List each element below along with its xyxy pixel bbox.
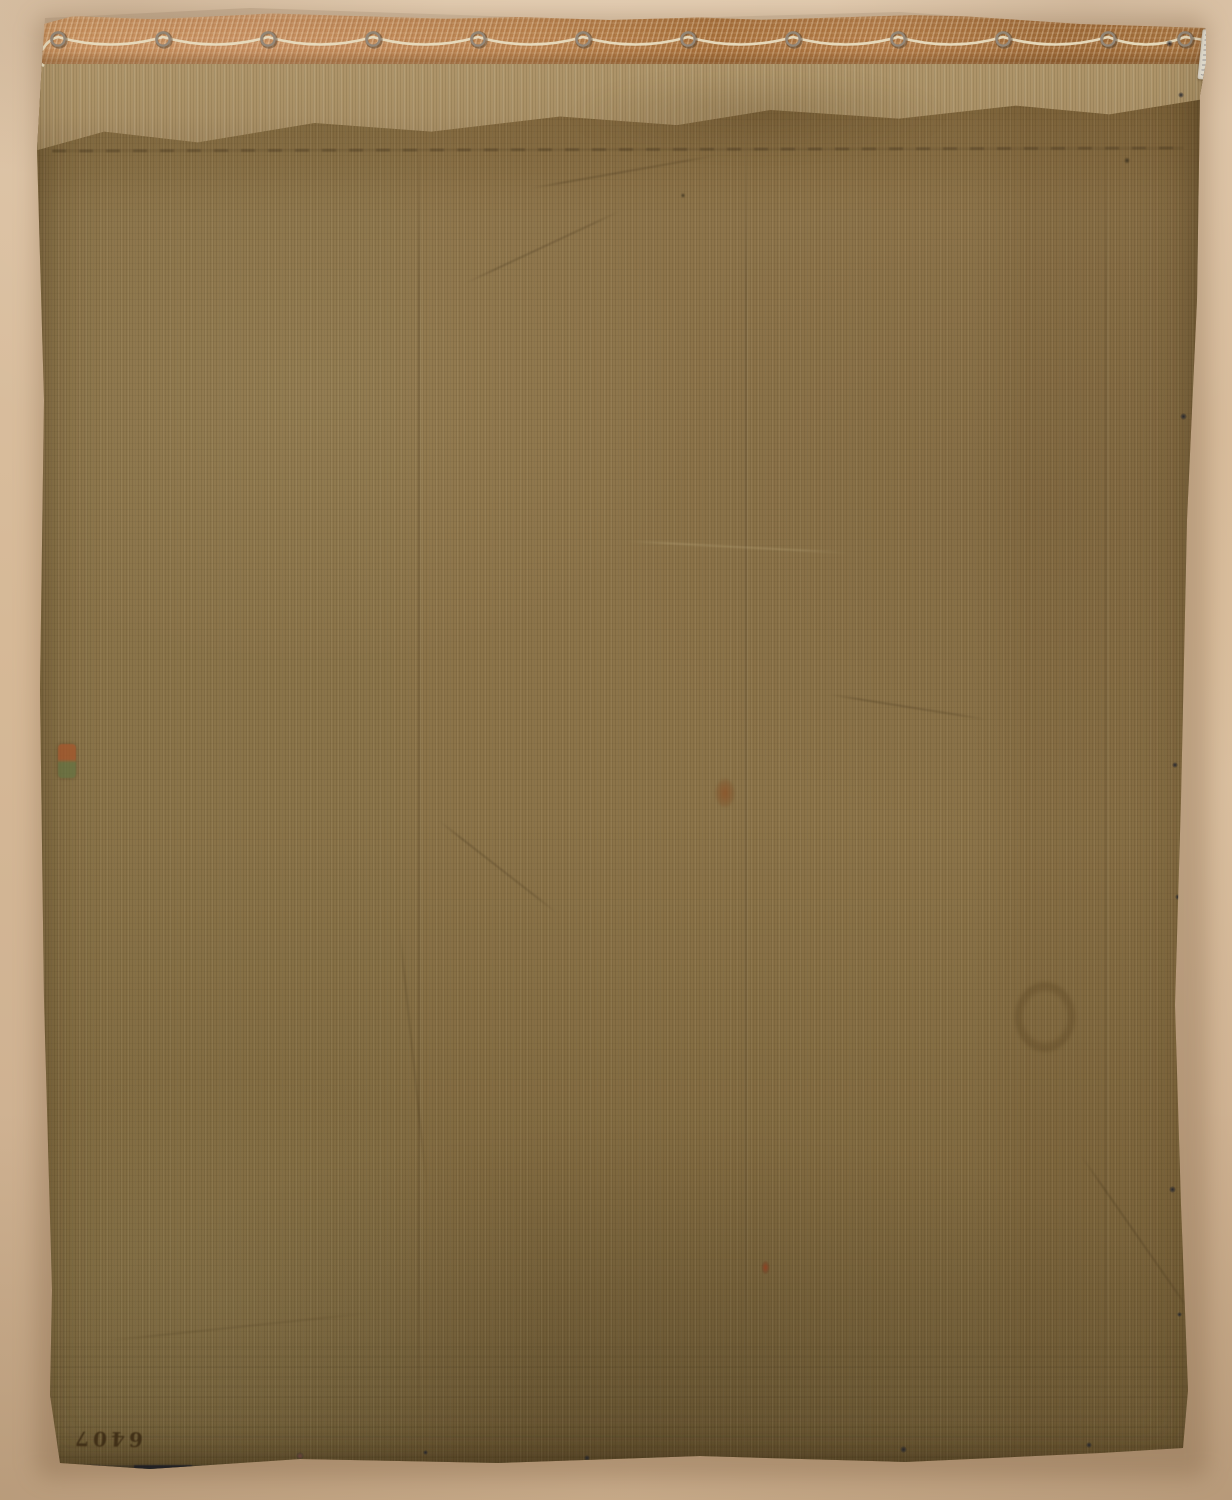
photograph: 6407 [0,0,1232,1500]
edge-knot [1169,1186,1176,1193]
water-ring-stain [1006,972,1084,1062]
textile-panel: 6407 [28,6,1206,1472]
repair-patch-left-edge [58,744,76,778]
dark-fleck [1123,156,1131,165]
hanging-cord [37,37,1204,66]
panel-seam [418,126,420,1458]
edge-knot [296,1452,304,1460]
stain-small-red [761,1260,770,1275]
edge-knot [1086,1442,1092,1448]
edge-knot [1166,40,1173,47]
panel-seam [1105,126,1107,1458]
panel-seam [745,126,747,1458]
edge-knot [1172,762,1178,768]
edge-knot [1178,92,1184,98]
edge-knot [423,1450,428,1455]
weft-striations [40,1338,1198,1468]
edge-knot [1180,413,1187,420]
inventory-stamp: 6407 [73,1426,141,1453]
edge-knot [900,1446,907,1453]
dark-fleck [680,192,686,199]
discoloration-top [548,66,968,176]
woven-fabric-body [30,50,1205,1470]
edge-knot [1177,1312,1182,1317]
